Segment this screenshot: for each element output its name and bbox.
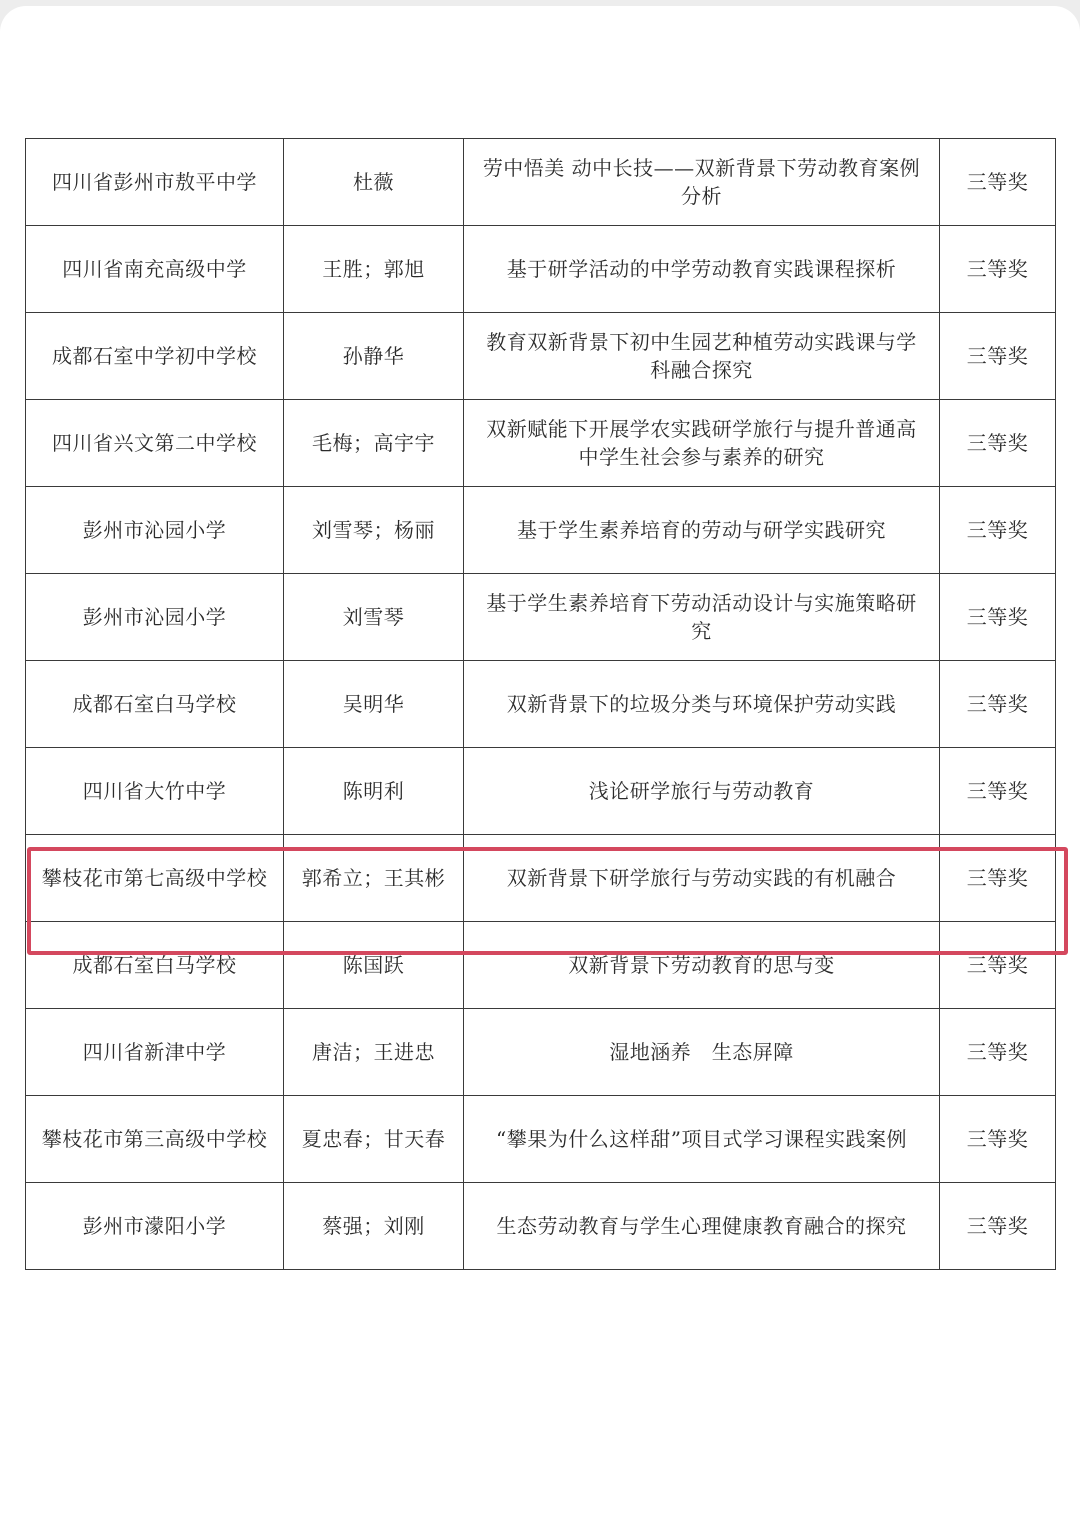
school-cell: 四川省大竹中学: [26, 748, 284, 835]
table-row: 彭州市濛阳小学 蔡强；刘刚 生态劳动教育与学生心理健康教育融合的探究 三等奖: [26, 1183, 1056, 1270]
authors-cell: 孙静华: [284, 313, 464, 400]
authors-cell: 刘雪琴: [284, 574, 464, 661]
title-cell: 浅论研学旅行与劳动教育: [464, 748, 940, 835]
school-cell: 四川省新津中学: [26, 1009, 284, 1096]
authors-cell: 夏忠春；甘天春: [284, 1096, 464, 1183]
authors-cell: 陈明利: [284, 748, 464, 835]
school-cell: 彭州市濛阳小学: [26, 1183, 284, 1270]
award-table: 四川省彭州市敖平中学 杜薇 劳中悟美 动中长技——双新背景下劳动教育案例分析 三…: [25, 138, 1056, 1270]
award-cell: 三等奖: [940, 226, 1056, 313]
authors-cell: 刘雪琴；杨丽: [284, 487, 464, 574]
school-cell: 彭州市沁园小学: [26, 487, 284, 574]
table-row: 成都石室白马学校 吴明华 双新背景下的垃圾分类与环境保护劳动实践 三等奖: [26, 661, 1056, 748]
award-cell: 三等奖: [940, 835, 1056, 922]
title-cell: 双新背景下研学旅行与劳动实践的有机融合: [464, 835, 940, 922]
title-cell: 基于学生素养培育下劳动活动设计与实施策略研究: [464, 574, 940, 661]
title-cell: 双新背景下的垃圾分类与环境保护劳动实践: [464, 661, 940, 748]
table-row: 四川省新津中学 唐洁；王进忠 湿地涵养 生态屏障 三等奖: [26, 1009, 1056, 1096]
award-cell: 三等奖: [940, 574, 1056, 661]
authors-cell: 吴明华: [284, 661, 464, 748]
title-cell: 基于研学活动的中学劳动教育实践课程探析: [464, 226, 940, 313]
award-cell: 三等奖: [940, 1096, 1056, 1183]
table-row: 彭州市沁园小学 刘雪琴 基于学生素养培育下劳动活动设计与实施策略研究 三等奖: [26, 574, 1056, 661]
school-cell: 攀枝花市第三高级中学校: [26, 1096, 284, 1183]
school-cell: 成都石室白马学校: [26, 922, 284, 1009]
award-cell: 三等奖: [940, 313, 1056, 400]
authors-cell: 杜薇: [284, 139, 464, 226]
table-row: 四川省南充高级中学 王胜；郭旭 基于研学活动的中学劳动教育实践课程探析 三等奖: [26, 226, 1056, 313]
table-row: 四川省彭州市敖平中学 杜薇 劳中悟美 动中长技——双新背景下劳动教育案例分析 三…: [26, 139, 1056, 226]
award-cell: 三等奖: [940, 139, 1056, 226]
school-cell: 成都石室中学初中学校: [26, 313, 284, 400]
table-row: 成都石室中学初中学校 孙静华 教育双新背景下初中生园艺种植劳动实践课与学科融合探…: [26, 313, 1056, 400]
school-cell: 成都石室白马学校: [26, 661, 284, 748]
school-cell: 四川省南充高级中学: [26, 226, 284, 313]
authors-cell: 郭希立；王其彬: [284, 835, 464, 922]
award-cell: 三等奖: [940, 748, 1056, 835]
title-cell: 双新背景下劳动教育的思与变: [464, 922, 940, 1009]
title-cell: 教育双新背景下初中生园艺种植劳动实践课与学科融合探究: [464, 313, 940, 400]
table-row: 彭州市沁园小学 刘雪琴；杨丽 基于学生素养培育的劳动与研学实践研究 三等奖: [26, 487, 1056, 574]
authors-cell: 王胜；郭旭: [284, 226, 464, 313]
school-cell: 彭州市沁园小学: [26, 574, 284, 661]
title-cell: 湿地涵养 生态屏障: [464, 1009, 940, 1096]
school-cell: 攀枝花市第七高级中学校: [26, 835, 284, 922]
award-cell: 三等奖: [940, 400, 1056, 487]
award-cell: 三等奖: [940, 922, 1056, 1009]
document-page: 四川省彭州市敖平中学 杜薇 劳中悟美 动中长技——双新背景下劳动教育案例分析 三…: [0, 6, 1080, 1525]
authors-cell: 唐洁；王进忠: [284, 1009, 464, 1096]
table-row: 四川省大竹中学 陈明利 浅论研学旅行与劳动教育 三等奖: [26, 748, 1056, 835]
authors-cell: 蔡强；刘刚: [284, 1183, 464, 1270]
school-cell: 四川省彭州市敖平中学: [26, 139, 284, 226]
table-row: 攀枝花市第三高级中学校 夏忠春；甘天春 “攀果为什么这样甜”项目式学习课程实践案…: [26, 1096, 1056, 1183]
title-cell: 生态劳动教育与学生心理健康教育融合的探究: [464, 1183, 940, 1270]
title-cell: “攀果为什么这样甜”项目式学习课程实践案例: [464, 1096, 940, 1183]
title-cell: 双新赋能下开展学农实践研学旅行与提升普通高中学生社会参与素养的研究: [464, 400, 940, 487]
table-row: 成都石室白马学校 陈国跃 双新背景下劳动教育的思与变 三等奖: [26, 922, 1056, 1009]
award-cell: 三等奖: [940, 1183, 1056, 1270]
table-row: 四川省兴文第二中学校 毛梅；高宇宇 双新赋能下开展学农实践研学旅行与提升普通高中…: [26, 400, 1056, 487]
award-cell: 三等奖: [940, 487, 1056, 574]
award-cell: 三等奖: [940, 661, 1056, 748]
highlighted-table-row: 攀枝花市第七高级中学校 郭希立；王其彬 双新背景下研学旅行与劳动实践的有机融合 …: [26, 835, 1056, 922]
title-cell: 劳中悟美 动中长技——双新背景下劳动教育案例分析: [464, 139, 940, 226]
authors-cell: 毛梅；高宇宇: [284, 400, 464, 487]
title-cell: 基于学生素养培育的劳动与研学实践研究: [464, 487, 940, 574]
school-cell: 四川省兴文第二中学校: [26, 400, 284, 487]
award-cell: 三等奖: [940, 1009, 1056, 1096]
authors-cell: 陈国跃: [284, 922, 464, 1009]
